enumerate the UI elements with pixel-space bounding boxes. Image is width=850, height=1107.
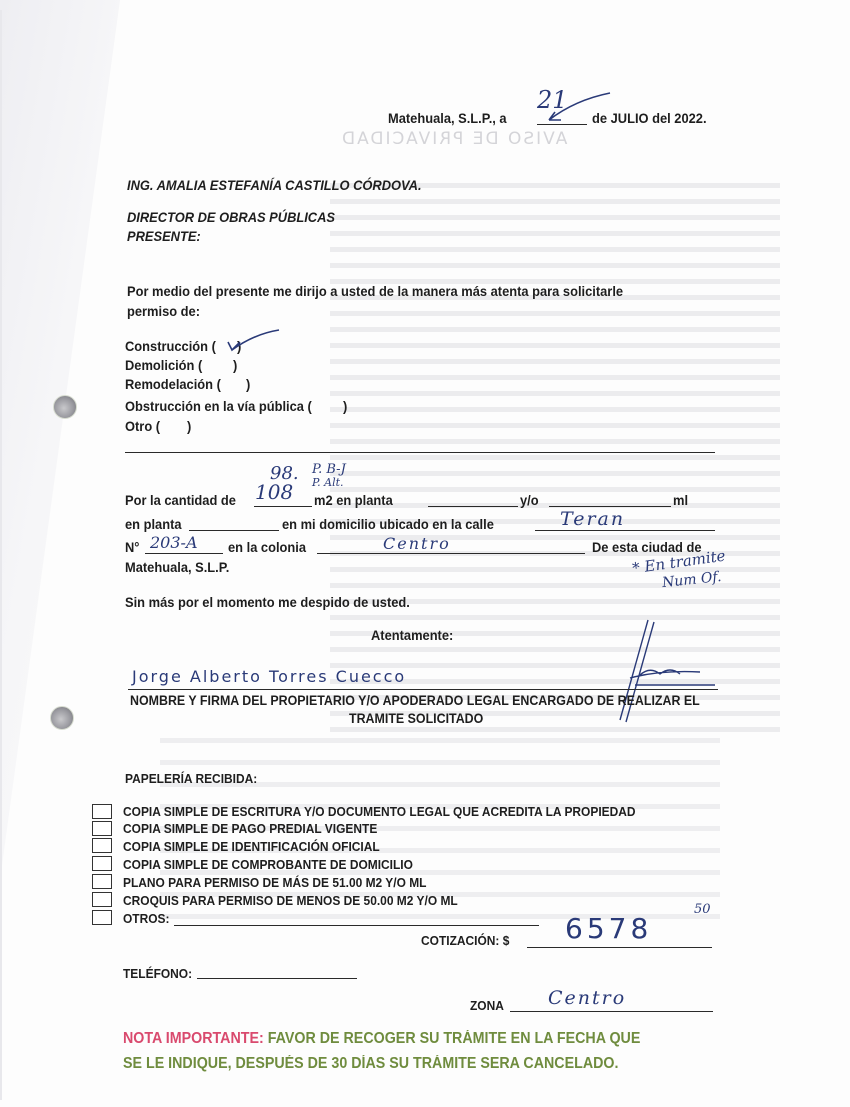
- street-label: en mi domicilio ubicado en la calle: [282, 516, 494, 533]
- permit-type-label: Remodelación (: [125, 376, 221, 393]
- addressee-title: DIRECTOR DE OBRAS PÚBLICAS: [127, 209, 335, 226]
- colonia-label: en la colonia: [228, 539, 306, 556]
- document-checkbox[interactable]: [92, 874, 112, 889]
- important-note-text-1: FAVOR DE RECOGER SU TRÁMITE EN LA FECHA …: [268, 1030, 641, 1047]
- addressee-presente: PRESENTE:: [127, 228, 201, 245]
- hole-punch-top: [53, 395, 77, 419]
- place-date-prefix: Matehuala, S.L.P., a: [388, 110, 507, 127]
- important-note-label: NOTA IMPORTANTE:: [123, 1030, 264, 1047]
- permit-type-label: Otro (: [125, 418, 160, 435]
- ml-field[interactable]: [549, 506, 671, 507]
- farewell-text: Sin más por el momento me despido de ust…: [125, 594, 410, 611]
- number-label: N°: [125, 539, 139, 556]
- handwritten-note-top: P. B-J: [312, 462, 346, 477]
- signature-label-line-2: TRAMITE SOLICITADO: [349, 710, 483, 727]
- m2-planta-field[interactable]: [428, 506, 518, 507]
- number-field[interactable]: [145, 553, 223, 554]
- quote-label: COTIZACIÓN: $: [421, 932, 509, 949]
- phone-label: TELÉFONO:: [123, 965, 192, 982]
- handwritten-quote-cents: 50: [694, 902, 711, 917]
- intro-line-2: permiso de:: [127, 303, 200, 320]
- document-checkbox[interactable]: [92, 892, 112, 907]
- signature: [590, 600, 720, 730]
- page-fold-shadow: [0, 0, 120, 1107]
- zone-label: ZONA: [470, 997, 504, 1014]
- handwritten-number: 203-A: [150, 533, 198, 552]
- otros-field[interactable]: [174, 925, 539, 926]
- document-checkbox[interactable]: [92, 821, 112, 836]
- en-planta-field[interactable]: [189, 530, 279, 531]
- ml-label: ml: [673, 492, 688, 509]
- document-label: COPIA SIMPLE DE PAGO PREDIAL VIGENTE: [123, 820, 377, 837]
- permit-type-label: Construcción (: [125, 338, 216, 355]
- otro-field-line[interactable]: [125, 452, 715, 453]
- permit-type-close: ): [343, 398, 347, 415]
- document-label: CROQUIS PARA PERMISO DE MENOS DE 50.00 M…: [123, 892, 458, 909]
- document-checkbox[interactable]: [92, 838, 112, 853]
- phone-field[interactable]: [197, 978, 357, 979]
- handwritten-zone: Centro: [548, 987, 626, 1009]
- document-checkbox[interactable]: [92, 804, 112, 819]
- document-checkbox[interactable]: [92, 856, 112, 871]
- document-label: COPIA SIMPLE DE COMPROBANTE DE DOMICILIO: [123, 856, 413, 873]
- permit-type-close: ): [187, 418, 191, 435]
- handwritten-colonia: Centro: [383, 534, 451, 553]
- permit-type-close: ): [246, 376, 250, 393]
- hole-punch-bottom: [50, 706, 74, 730]
- document-label: OTROS:: [123, 910, 170, 927]
- handwritten-note-bottom: P. Alt.: [312, 476, 344, 489]
- document-checkbox[interactable]: [92, 910, 112, 925]
- city-value: Matehuala, S.L.P.: [125, 559, 229, 576]
- permit-type-label: Demolición (: [125, 357, 202, 374]
- important-note-line-1: NOTA IMPORTANTE: FAVOR DE RECOGER SU TRÁ…: [123, 1030, 640, 1047]
- bleed-through-title: AVISO DE PRIVACIDAD: [340, 132, 567, 147]
- quote-field[interactable]: [527, 947, 712, 948]
- intro-line-1: Por medio del presente me dirijo a usted…: [127, 283, 623, 300]
- document-page: AVISO DE PRIVACIDAD Matehuala, S.L.P., a…: [0, 0, 850, 1107]
- permit-type-label: Obstrucción en la vía pública (: [125, 398, 312, 415]
- permit-type-close: ): [233, 357, 237, 374]
- handwritten-quantity: 108: [255, 480, 293, 504]
- atentamente-label: Atentamente:: [371, 627, 453, 644]
- handwritten-quote-amount: 6578: [565, 912, 652, 945]
- en-planta-label: en planta: [125, 516, 182, 533]
- zone-field[interactable]: [510, 1011, 713, 1012]
- document-label: COPIA SIMPLE DE ESCRITURA Y/O DOCUMENTO …: [123, 803, 636, 820]
- m2-label: m2 en planta: [314, 492, 393, 509]
- signature-line[interactable]: [128, 689, 718, 690]
- page-edge: [0, 10, 2, 1100]
- handwritten-owner-name: Jorge Alberto Torres Cuecco: [132, 667, 406, 686]
- street-field[interactable]: [535, 530, 715, 531]
- important-note-line-2: SE LE INDIQUE, DESPUÉS DE 30 DÍAS SU TRÁ…: [123, 1055, 618, 1072]
- document-label: COPIA SIMPLE DE IDENTIFICACIÓN OFICIAL: [123, 838, 380, 855]
- colonia-field[interactable]: [317, 553, 585, 554]
- documents-heading: PAPELERÍA RECIBIDA:: [125, 770, 257, 787]
- signature-label-line-1: NOMBRE Y FIRMA DEL PROPIETARIO Y/O APODE…: [130, 692, 700, 709]
- quantity-prefix: Por la cantidad de: [125, 492, 236, 509]
- place-date-suffix: de JULIO del 2022.: [592, 110, 707, 127]
- quantity-field[interactable]: [254, 506, 312, 507]
- document-label: PLANO PARA PERMISO DE MÁS DE 51.00 M2 Y/…: [123, 874, 426, 891]
- handwritten-street: Teran: [560, 508, 625, 530]
- construccion-check-mark: [224, 328, 284, 358]
- yo-label: y/o: [520, 492, 539, 509]
- addressee-name: ING. AMALIA ESTEFANÍA CASTILLO CÓRDOVA.: [127, 177, 422, 194]
